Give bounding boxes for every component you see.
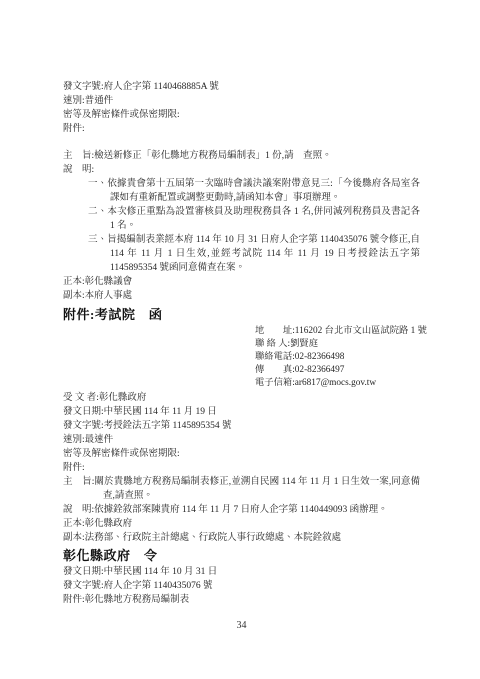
decree-attachment-label: 附件: [63, 595, 85, 605]
contact-fax-label: 傳 真: [255, 365, 295, 375]
contact-phone-value: 02-82366498 [295, 352, 345, 362]
contact-fax-line: 傳 真:02-82366497 [255, 364, 420, 377]
issue-date-line: 發文日期:中華民國 114 年 11 月 19 日 [63, 405, 420, 419]
doc-number-value: 府人企字第 1140468885A 號 [104, 82, 219, 92]
contact-email-value: ar6817@mocs.gov.tw [295, 378, 376, 388]
original-recipient-line-2: 正本:彰化縣政府 [63, 517, 420, 531]
decree-doc-number-value: 府人企字第 1140435076 號 [104, 581, 213, 591]
issue-date-value: 中華民國 114 年 11 月 19 日 [104, 407, 217, 417]
speed-value-2: 最速件 [85, 435, 114, 445]
speed-value: 普通件 [85, 96, 114, 106]
attachment-line-2: 附件: [63, 461, 420, 475]
copy-recipient-line: 副本:本府人事處 [63, 289, 420, 303]
subject-label-2: 主 旨: [63, 477, 94, 487]
doc-number-line: 發文字號:府人企字第 1140468885A 號 [63, 80, 420, 94]
recipient-value: 彰化縣政府 [99, 393, 147, 403]
decree-section: 彰化縣政府 令 發文日期:中華民國 114 年 10 月 31 日 發文字號:府… [63, 546, 420, 607]
doc-number-label: 發文字號: [63, 82, 104, 92]
subject-text: 檢送新修正「彰化縣地方稅務局編制表」1 份,請 查照。 [94, 151, 332, 161]
doc-number-line-2: 發文字號:考授銓法五字第 1145895354 號 [63, 419, 420, 433]
decree-attachment-line: 附件:彰化縣地方稅務局編制表 [63, 593, 420, 607]
contact-phone-label: 聯絡電話: [255, 352, 295, 362]
contact-email-label: 電子信箱: [255, 378, 295, 388]
decree-doc-number-label: 發文字號: [63, 581, 104, 591]
original-recipient-line: 正本:彰化縣議會 [63, 275, 420, 289]
recipient-label: 受 文 者: [63, 393, 99, 403]
subject-line: 主 旨:檢送新修正「彰化縣地方稅務局編制表」1 份,請 查照。 [63, 149, 420, 163]
security-label: 密等及解密條件或保密期限: [63, 110, 180, 120]
decree-date-line: 發文日期:中華民國 114 年 10 月 31 日 [63, 565, 420, 579]
contact-person-label: 聯 絡 人: [255, 339, 290, 349]
security-line: 密等及解密條件或保密期限: [63, 108, 420, 122]
contact-address-value: 116202 台北市文山區試院路 1 號 [295, 326, 427, 336]
speed-line-2: 速別:最速件 [63, 433, 420, 447]
speed-label-2: 速別: [63, 435, 85, 445]
subject-line-2: 主 旨:關於貴縣地方稅務局編制表修正,並溯自民國 114 年 11 月 1 日生… [63, 475, 420, 503]
original-value: 彰化縣議會 [85, 277, 133, 287]
subject-text-2: 關於貴縣地方稅務局編制表修正,並溯自民國 114 年 11 月 1 日生效一案,… [94, 477, 420, 501]
original-label: 正本: [63, 277, 85, 287]
page-number: 34 [63, 620, 420, 632]
original-value-2: 彰化縣政府 [85, 519, 133, 529]
contact-fax-value: 02-82366497 [295, 365, 345, 375]
doc-number-value-2: 考授銓法五字第 1145895354 號 [104, 421, 232, 431]
attachment-label: 附件: [63, 124, 85, 134]
decree-attachment-value: 彰化縣地方稅務局編制表 [85, 595, 190, 605]
security-label-2: 密等及解密條件或保密期限: [63, 449, 180, 459]
document-page: 發文字號:府人企字第 1140468885A 號 速別:普通件 密等及解密條件或… [0, 0, 480, 679]
explanation-text-2: 依據銓敘部案陳貴府 114 年 11 月 7 日府人企字第 1140449093… [94, 505, 387, 515]
explanation-item-3: 三、旨揭編制表業經本府 114 年 10 月 31 日府人企字第 1140435… [88, 233, 420, 275]
security-line-2: 密等及解密條件或保密期限: [63, 447, 420, 461]
decree-date-value: 中華民國 114 年 10 月 31 日 [104, 567, 218, 577]
attachment-letter-section: 附件:考試院 函 地 址:116202 台北市文山區試院路 1 號 聯 絡 人:… [63, 305, 420, 545]
decree-heading: 彰化縣政府 令 [63, 546, 420, 565]
contact-address-label: 地 址: [255, 326, 295, 336]
explanation-item-1: 一、依據貴會第十五屆第一次臨時會議決議案附帶意見三:「今後縣府各局室各課如有重新… [88, 177, 420, 205]
original-label-2: 正本: [63, 519, 85, 529]
issue-date-label: 發文日期: [63, 407, 104, 417]
contact-block: 地 址:116202 台北市文山區試院路 1 號 聯 絡 人:劉賢庭 聯絡電話:… [255, 325, 420, 390]
letter1-section: 發文字號:府人企字第 1140468885A 號 速別:普通件 密等及解密條件或… [63, 80, 420, 303]
decree-doc-number-line: 發文字號:府人企字第 1140435076 號 [63, 579, 420, 593]
contact-person-value: 劉賢庭 [290, 339, 318, 349]
attachment-line: 附件: [63, 122, 420, 136]
contact-email-line: 電子信箱:ar6817@mocs.gov.tw [255, 377, 420, 390]
recipient-line: 受 文 者:彰化縣政府 [63, 391, 420, 405]
copy-recipient-line-2: 副本:法務部、行政院主計總處、行政院人事行政總處、本院銓敘處 [63, 531, 420, 545]
decree-date-label: 發文日期: [63, 567, 104, 577]
speed-label: 速別: [63, 96, 85, 106]
copy-value: 本府人事處 [85, 291, 133, 301]
copy-value-2: 法務部、行政院主計總處、行政院人事行政總處、本院銓敘處 [85, 533, 342, 543]
attachment-label-2: 附件: [63, 463, 85, 473]
explanation-label-line: 說 明: [63, 163, 420, 177]
attachment-letter-heading: 附件:考試院 函 [63, 305, 420, 324]
explanation-line-2: 說 明:依據銓敘部案陳貴府 114 年 11 月 7 日府人企字第 114044… [63, 503, 420, 517]
copy-label-2: 副本: [63, 533, 85, 543]
explanation-label: 說 明: [63, 165, 94, 175]
contact-person-line: 聯 絡 人:劉賢庭 [255, 338, 420, 351]
speed-line: 速別:普通件 [63, 94, 420, 108]
document-content: 發文字號:府人企字第 1140468885A 號 速別:普通件 密等及解密條件或… [0, 0, 480, 632]
contact-phone-line: 聯絡電話:02-82366498 [255, 351, 420, 364]
copy-label: 副本: [63, 291, 85, 301]
subject-label: 主 旨: [63, 151, 94, 161]
contact-address-line: 地 址:116202 台北市文山區試院路 1 號 [255, 325, 420, 338]
explanation-label-2: 說 明: [63, 505, 94, 515]
explanation-item-2: 二、本次修正重點為設置審核員及助理稅務員各 1 名,併同減列稅務員及書記各 1 … [88, 205, 420, 233]
doc-number-label-2: 發文字號: [63, 421, 104, 431]
